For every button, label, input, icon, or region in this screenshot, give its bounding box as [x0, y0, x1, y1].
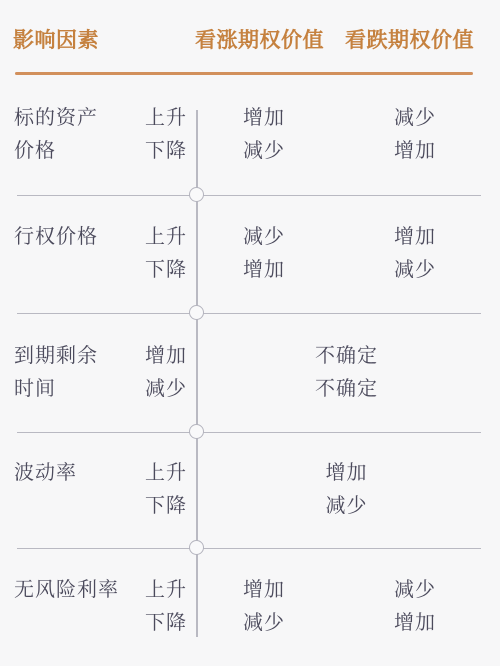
call-value-line: 减少 [243, 607, 285, 640]
table-row-underlying-price: 标的资产 价格 上升 下降 增加 减少 减少 增加 [0, 74, 500, 195]
divider-node-circle [189, 187, 204, 202]
trend-cell: 增加 减少 [145, 313, 187, 432]
call-value-cell: 增加 减少 [243, 548, 285, 666]
call-value-line: 减少 [243, 221, 285, 254]
call-value-line: 增加 [243, 574, 285, 607]
call-value-line: 增加 [243, 254, 285, 287]
trend-line: 上升 [145, 102, 187, 135]
call-value-cell: 减少 增加 [243, 195, 285, 313]
row-divider [17, 548, 481, 549]
table-row-time-to-maturity: 到期剩余 时间 增加 减少 不确定 不确定 [0, 313, 500, 432]
put-value-cell: 减少 增加 [394, 548, 436, 666]
merged-value-line: 减少 [204, 490, 489, 523]
factor-line: 时间 [14, 373, 98, 406]
merged-value-cell: 增加 减少 [204, 432, 489, 548]
factor-line: 到期剩余 [14, 340, 98, 373]
table-row-volatility: 波动率 上升 下降 增加 减少 [0, 432, 500, 548]
put-value-cell: 增加 减少 [394, 195, 436, 313]
trend-line: 下降 [145, 490, 187, 523]
factor-line: 标的资产 [14, 102, 98, 135]
trend-cell: 上升 下降 [145, 548, 187, 666]
call-value-line: 增加 [243, 102, 285, 135]
row-divider [17, 195, 481, 196]
trend-line: 下降 [145, 254, 187, 287]
trend-line: 下降 [145, 607, 187, 640]
table-row-risk-free-rate: 无风险利率 上升 下降 增加 减少 减少 增加 [0, 548, 500, 666]
row-divider [17, 313, 481, 314]
merged-value-line: 不确定 [204, 373, 489, 406]
put-value-line: 减少 [394, 574, 436, 607]
column-header-factor: 影响因素 [13, 24, 99, 54]
factor-line: 波动率 [14, 457, 77, 490]
factor-cell: 标的资产 价格 [14, 74, 98, 195]
put-value-line: 增加 [394, 221, 436, 254]
trend-line: 上升 [145, 574, 187, 607]
factor-line [14, 607, 119, 640]
trend-line: 增加 [145, 340, 187, 373]
trend-cell: 上升 下降 [145, 74, 187, 195]
factor-line [14, 254, 98, 287]
column-header-put-value: 看跌期权价值 [345, 24, 474, 54]
divider-node-circle [189, 540, 204, 555]
put-value-line: 减少 [394, 254, 436, 287]
factor-cell: 无风险利率 [14, 548, 119, 666]
factor-line: 行权价格 [14, 221, 98, 254]
put-value-line: 增加 [394, 135, 436, 168]
table-row-strike-price: 行权价格 上升 下降 减少 增加 增加 减少 [0, 195, 500, 313]
options-factor-table: 影响因素 看涨期权价值 看跌期权价值 标的资产 价格 上升 下降 增加 减少 减… [0, 0, 500, 666]
merged-value-line: 不确定 [204, 340, 489, 373]
call-value-cell: 增加 减少 [243, 74, 285, 195]
factor-line: 价格 [14, 135, 98, 168]
factor-cell: 到期剩余 时间 [14, 313, 98, 432]
trend-line: 减少 [145, 373, 187, 406]
trend-line: 下降 [145, 135, 187, 168]
trend-cell: 上升 下降 [145, 195, 187, 313]
merged-value-cell: 不确定 不确定 [204, 313, 489, 432]
factor-line [14, 490, 77, 523]
divider-node-circle [189, 305, 204, 320]
row-divider [17, 432, 481, 433]
put-value-line: 减少 [394, 102, 436, 135]
factor-cell: 波动率 [14, 432, 77, 548]
trend-cell: 上升 下降 [145, 432, 187, 548]
put-value-line: 增加 [394, 607, 436, 640]
divider-node-circle [189, 424, 204, 439]
column-header-call-value: 看涨期权价值 [195, 24, 324, 54]
factor-line: 无风险利率 [14, 574, 119, 607]
call-value-line: 减少 [243, 135, 285, 168]
trend-line: 上升 [145, 457, 187, 490]
merged-value-line: 增加 [204, 457, 489, 490]
trend-line: 上升 [145, 221, 187, 254]
put-value-cell: 减少 增加 [394, 74, 436, 195]
factor-cell: 行权价格 [14, 195, 98, 313]
